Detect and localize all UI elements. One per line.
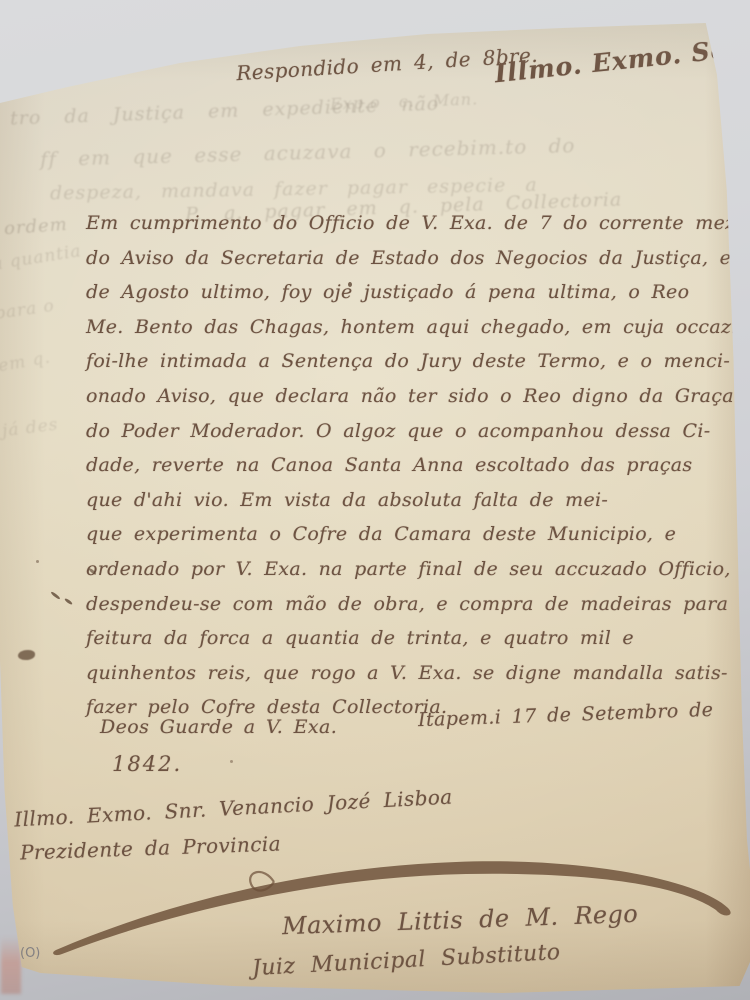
- bleedthrough-margin-fragment: já des: [1, 415, 60, 442]
- handwriting-line: ordenado por V. Exa. na parte final de s…: [86, 552, 742, 587]
- salutation: Illmo. Exmo. Sor.: [493, 33, 750, 89]
- ink-speck: [50, 591, 61, 600]
- handwriting-line: que experimenta o Cofre da Camara deste …: [86, 517, 742, 552]
- handwriting-line: feitura da forca a quantia de trinta, e …: [86, 621, 742, 656]
- ink-speck: [64, 598, 73, 606]
- handwriting-line: quinhentos reis, que rogo a V. Exa. se d…: [86, 656, 742, 691]
- handwriting-line: foi-lhe intimada a Sentença do Jury dest…: [86, 344, 742, 379]
- ink-stain: [18, 650, 35, 660]
- ink-speck: [230, 760, 233, 763]
- addressee-name: Illmo. Exmo. Snr. Venancio Jozé Lisboa: [14, 785, 453, 832]
- bleedthrough-margin-fragment: para o: [0, 296, 56, 324]
- handwriting-line: onado Aviso, que declara não ter sido o …: [86, 379, 742, 414]
- closing-line: Deos Guarde a V. Exa.: [100, 716, 337, 738]
- handwriting-line: que d'ahi vio. Em vista da absoluta falt…: [86, 483, 742, 518]
- handwriting-line: do Aviso da Secretaria de Estado dos Neg…: [86, 241, 742, 276]
- handwriting-line: Me. Bento das Chagas, hontem aqui chegad…: [86, 310, 742, 345]
- bleedthrough-line: ff em que esse acuzava o recebim.to do: [40, 133, 576, 171]
- handwriting-line: de Agosto ultimo, foy oje justiçado á pe…: [86, 275, 742, 310]
- handwriting-line: do Poder Moderador. O algoz que o acompa…: [86, 414, 742, 449]
- ink-speck: [348, 282, 352, 287]
- bleedthrough-line: ordem: [3, 214, 68, 239]
- ink-speck: [36, 560, 39, 563]
- bleedthrough-line: tro da Justiça em expediente não: [10, 93, 440, 130]
- background-smudge: [1, 936, 21, 994]
- handwriting-line: despendeu-se com mão de obra, e compra d…: [86, 587, 742, 622]
- manuscript-photo: Exp.o c. Man. tro da Justiça em expedien…: [0, 0, 750, 1000]
- bleedthrough-margin-fragment: em q.: [0, 348, 52, 377]
- dateline-year: 1842.: [112, 752, 182, 776]
- bleedthrough-margin-fragment: a quantia: [0, 241, 83, 275]
- letter-body: Em cumprimento do Officio de V. Exa. de …: [86, 206, 742, 725]
- handwriting-line: Em cumprimento do Officio de V. Exa. de …: [86, 206, 742, 241]
- handwriting-line: dade, reverte na Canoa Santa Anna escolt…: [86, 448, 742, 483]
- archival-mark: (O): [20, 946, 40, 961]
- manuscript-paper: Exp.o c. Man. tro da Justiça em expedien…: [0, 0, 750, 1000]
